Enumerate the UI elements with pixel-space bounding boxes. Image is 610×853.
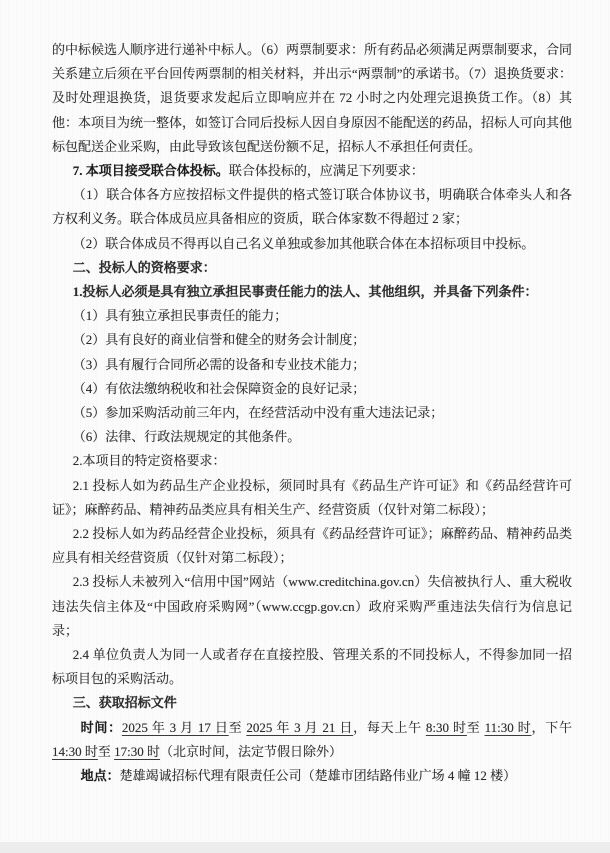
- paragraph-2-2-distributor: 2.2 投标人如为药品经营企业投标，须具有《药品经营许可证》；麻醉药品、精神药品…: [52, 522, 572, 570]
- paragraph-condition-1: （1）具有独立承担民事责任的能力；: [52, 304, 572, 328]
- section-heading-bidder-qualifications: 二、投标人的资格要求：: [52, 256, 572, 280]
- end-date: 2025 年 3 月 21 日: [246, 720, 353, 735]
- paragraph-consortium-item-1: （1）联合体各方应按招标文件提供的格式签订联合体协议书，明确联合体牵头人和各方权…: [52, 183, 572, 231]
- paragraph-condition-4: （4）有依法缴纳税收和社会保障资金的良好记录；: [52, 377, 572, 401]
- location-value: 楚雄竭诚招标代理有限责任公司（楚雄市团结路伟业广场 4 幢 12 楼）: [120, 768, 517, 783]
- paragraph-2-3-credit-records: 2.3 投标人未被列入“信用中国”网站（www.creditchina.gov.…: [52, 570, 572, 643]
- paragraph-2-4-same-principal: 2.4 单位负责人为同一人或者存在直接控股、管理关系的不同投标人，不得参加同一招…: [52, 643, 572, 691]
- morning-end-time: 11:30 时: [485, 720, 532, 735]
- paragraph-condition-5: （5）参加采购活动前三年内，在经营活动中没有重大违法记录；: [52, 401, 572, 425]
- time-label: 时间：: [81, 720, 122, 735]
- clause-7-body: 联合体投标的，应满足下列要求：: [229, 163, 424, 178]
- paragraph-time: 时间：2025 年 3 月 17 日至 2025 年 3 月 21 日，每天上午…: [52, 716, 572, 764]
- paragraph-condition-6: （6）法律、行政法规规定的其他条件。: [52, 425, 572, 449]
- paragraph-consortium-item-2: （2）联合体成员不得再以自己名义单独或参加其他联合体在本招标项目中投标。: [52, 232, 572, 256]
- afternoon-end-time: 17:30 时: [114, 744, 160, 759]
- paragraph-2-1-manufacturer: 2.1 投标人如为药品生产企业投标，须同时具有《药品生产许可证》和《药品经营许可…: [52, 474, 572, 522]
- clause-7-title: 7. 本项目接受联合体投标。: [73, 163, 229, 178]
- start-date: 2025 年 3 月 17 日: [122, 720, 229, 735]
- paragraph-delivery-requirements: 的中标候选人顺序进行递补中标人。（6）两票制要求：所有药品必须满足两票制要求，合…: [52, 38, 572, 159]
- location-label: 地点：: [81, 768, 120, 783]
- scan-edge-bar: [0, 842, 610, 853]
- afternoon-label: ，下午: [531, 720, 572, 735]
- paragraph-condition-3: （3）具有履行合同所必需的设备和专业技术能力；: [52, 353, 572, 377]
- morning-start-time: 8:30 时: [426, 720, 467, 735]
- afternoon-start-time: 14:30 时: [52, 744, 98, 759]
- paragraph-consortium-bidding: 7. 本项目接受联合体投标。联合体投标的，应满足下列要求：: [52, 159, 572, 183]
- to-text-1: 至: [229, 720, 247, 735]
- to-text-2: 至: [467, 720, 485, 735]
- to-text-3: 至: [98, 744, 114, 759]
- paragraph-qualification-1: 1.投标人必须是具有独立承担民事责任能力的法人、其他组织，并具备下列条件：: [52, 280, 572, 304]
- timezone-note: （北京时间，法定节假日除外）: [160, 744, 342, 759]
- paragraph-specific-qualifications: 2.本项目的特定资格要求：: [52, 449, 572, 473]
- paragraph-condition-2: （2）具有良好的商业信誉和健全的财务会计制度；: [52, 328, 572, 352]
- section-heading-obtain-documents: 三、获取招标文件: [52, 691, 572, 715]
- morning-label: ，每天上午: [353, 720, 426, 735]
- document-page: 的中标候选人顺序进行递补中标人。（6）两票制要求：所有药品必须满足两票制要求，合…: [0, 0, 610, 842]
- paragraph-location: 地点：楚雄竭诚招标代理有限责任公司（楚雄市团结路伟业广场 4 幢 12 楼）: [52, 764, 572, 788]
